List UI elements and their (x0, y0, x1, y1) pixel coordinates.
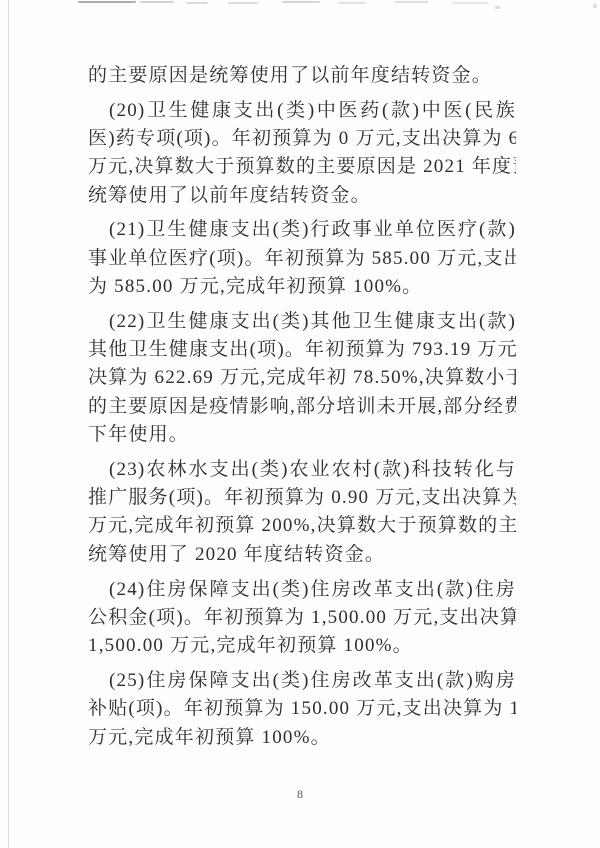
text-line: (25)住房保障支出(类)住房改革支出(款)购房 (88, 667, 516, 695)
text-line: 其他卫生健康支出(项)。年初预算为 793.19 万元,支出 (88, 336, 516, 364)
paragraph-item-22: (22)卫生健康支出(类)其他卫生健康支出(款) 其他卫生健康支出(项)。年初预… (88, 308, 516, 449)
text-line: (21)卫生健康支出(类)行政事业单位医疗(款) (88, 216, 516, 244)
text-line: (24)住房保障支出(类)住房改革支出(款)住房 (88, 576, 516, 604)
text-line: (23)农林水支出(类)农业农村(款)科技转化与 (88, 456, 516, 484)
paragraph-item-23: (23)农林水支出(类)农业农村(款)科技转化与 推广服务(项)。年初预算为 0… (88, 456, 516, 569)
text-line: 的主要原因是疫情影响,部分培训未开展,部分经费结转 (88, 393, 516, 421)
text-line: 下年使用。 (88, 421, 516, 449)
scan-artifact (593, 4, 597, 8)
text-line: 万元,完成年初预算 200%,决算数大于预算数的主要原因 (88, 512, 516, 540)
text-line: 决算为 622.69 万元,完成年初 78.50%,决算数小于预算数 (88, 364, 516, 392)
scan-artifact (495, 6, 500, 9)
scan-artifact (78, 1, 136, 3)
document-page: 的主要原因是统筹使用了以前年度结转资金。 (20)卫生健康支出(类)中医药(款)… (0, 0, 600, 848)
scan-edge-line (8, 0, 9, 848)
page-number: 8 (0, 787, 600, 802)
text-line: 推广服务(项)。年初预算为 0.90 万元,支出决算为 1.80 (88, 484, 516, 512)
paragraph-item-24: (24)住房保障支出(类)住房改革支出(款)住房 公积金(项)。年初预算为 1,… (88, 576, 516, 661)
text-line: 统筹使用了以前年度结转资金。 (88, 182, 516, 210)
document-body: 的主要原因是统筹使用了以前年度结转资金。 (20)卫生健康支出(类)中医药(款)… (88, 62, 516, 752)
text-line: 1,500.00 万元,完成年初预算 100%。 (88, 632, 516, 660)
text-line: 的主要原因是统筹使用了以前年度结转资金。 (88, 62, 516, 90)
scan-artifact (395, 1, 428, 3)
text-line: (20)卫生健康支出(类)中医药(款)中医(民族 (88, 97, 516, 125)
text-line: 万元,完成年初预算 100%。 (88, 724, 516, 752)
text-line: (22)卫生健康支出(类)其他卫生健康支出(款) (88, 308, 516, 336)
scan-artifact (186, 2, 208, 4)
paragraph-item-25: (25)住房保障支出(类)住房改革支出(款)购房 补贴(项)。年初预算为 150… (88, 667, 516, 752)
scan-artifact (338, 2, 366, 4)
scan-artifact (282, 1, 320, 3)
paragraph-19-continuation: 的主要原因是统筹使用了以前年度结转资金。 (88, 62, 516, 90)
text-line: 统筹使用了 2020 年度结转资金。 (88, 541, 516, 569)
scan-artifact (140, 1, 174, 3)
scan-artifact (452, 2, 488, 4)
paragraph-item-20: (20)卫生健康支出(类)中医药(款)中医(民族 医)药专项(项)。年初预算为 … (88, 97, 516, 210)
text-line: 万元,决算数大于预算数的主要原因是 2021 年度预算执行 (88, 153, 516, 181)
paragraph-item-21: (21)卫生健康支出(类)行政事业单位医疗(款) 事业单位医疗(项)。年初预算为… (88, 216, 516, 301)
text-line: 医)药专项(项)。年初预算为 0 万元,支出决算为 6.14 (88, 125, 516, 153)
scan-artifact (228, 2, 258, 4)
text-line: 为 585.00 万元,完成年初预算 100%。 (88, 273, 516, 301)
text-line: 补贴(项)。年初预算为 150.00 万元,支出决算为 150.00 (88, 695, 516, 723)
text-line: 事业单位医疗(项)。年初预算为 585.00 万元,支出决算 (88, 245, 516, 273)
text-line: 公积金(项)。年初预算为 1,500.00 万元,支出决算为 (88, 604, 516, 632)
